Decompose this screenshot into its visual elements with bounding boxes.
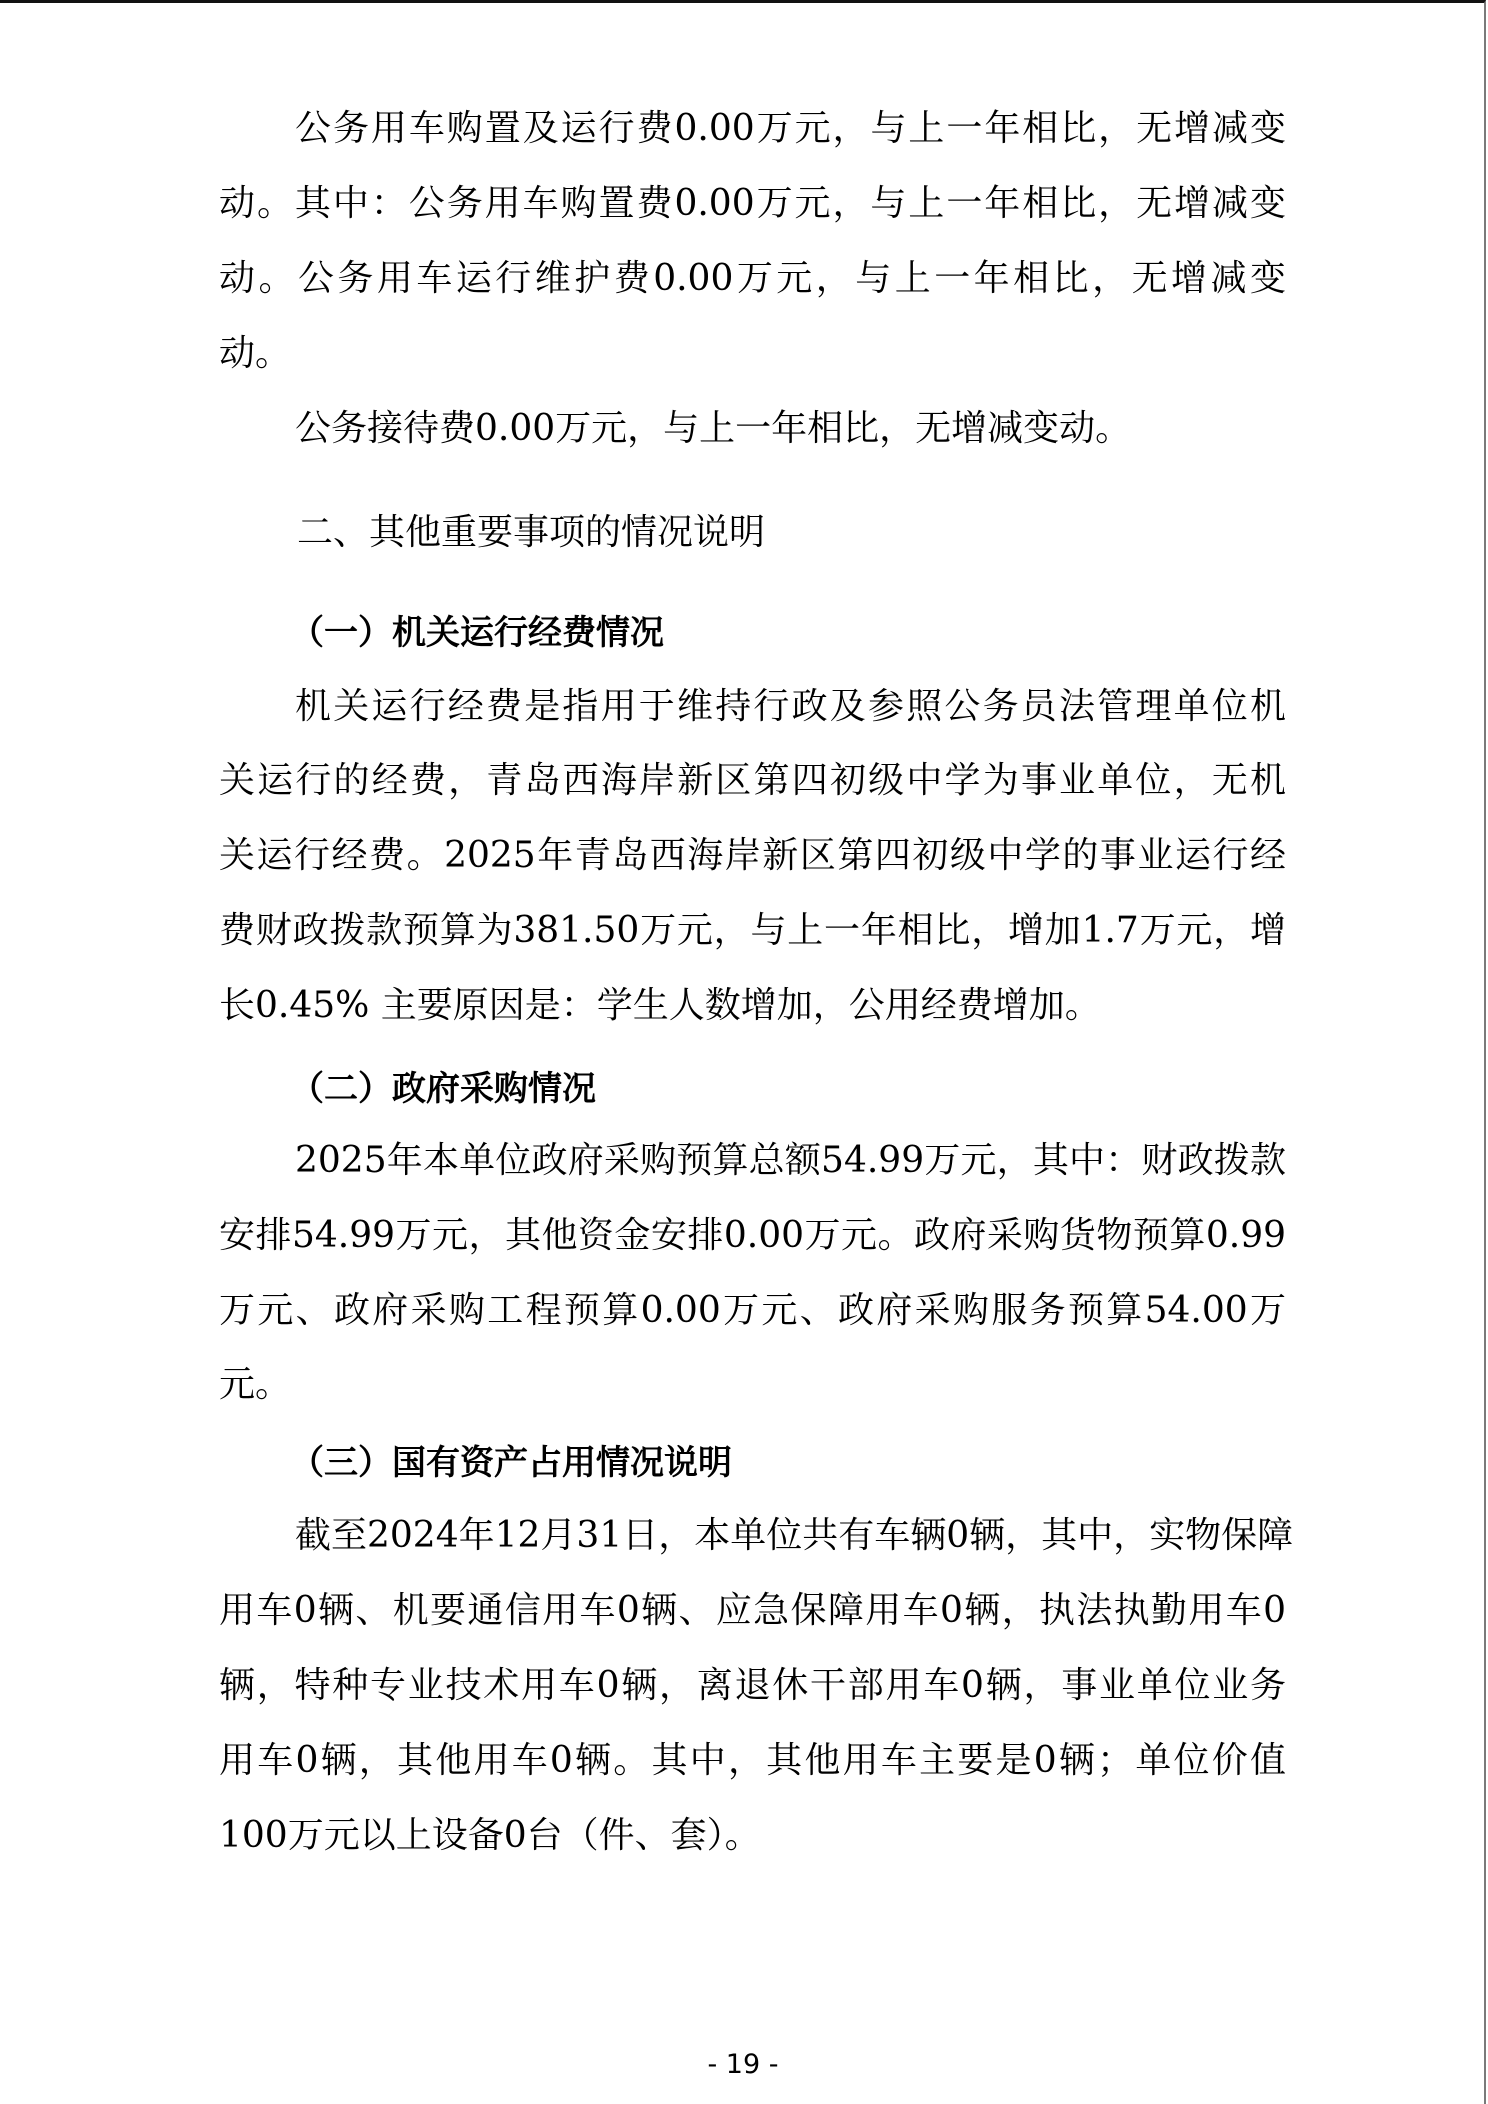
section-heading: 二、其他重要事项的情况说明: [297, 512, 765, 554]
paragraph-line: 2025年本单位政府采购预算总额54.99万元，其中：财政拨款: [295, 1141, 1286, 1181]
paragraph-line: 关运行经费。2025年青岛西海岸新区第四初级中学的事业运行经: [219, 836, 1286, 876]
paragraph-line: 动。: [219, 334, 1286, 374]
paragraph-line: 长0.45% 主要原因是：学生人数增加，公用经费增加。: [219, 986, 1286, 1026]
paragraph-line: 元。: [219, 1365, 1286, 1405]
paragraph-line: 费财政拨款预算为381.50万元，与上一年相比，增加1.7万元，增: [219, 911, 1286, 951]
paragraph-line: 机关运行经费是指用于维持行政及参照公务员法管理单位机: [295, 687, 1286, 727]
subsection-heading: （一）机关运行经费情况: [290, 612, 664, 654]
document-page: 公务用车购置及运行费0.00万元，与上一年相比，无增减变 动。其中：公务用车购置…: [0, 0, 1486, 2104]
subsection-heading: （二）政府采购情况: [290, 1068, 596, 1110]
paragraph-line: 100万元以上设备0台（件、套）。: [219, 1816, 1286, 1856]
paragraph-line: 辆，特种专业技术用车0辆，离退休干部用车0辆，事业单位业务: [219, 1666, 1286, 1706]
subsection-heading: （三）国有资产占用情况说明: [290, 1442, 732, 1484]
paragraph-line: 截至2024年12月31日，本单位共有车辆0辆，其中，实物保障: [295, 1516, 1286, 1556]
paragraph-line: 万元、政府采购工程预算0.00万元、政府采购服务预算54.00万: [219, 1291, 1286, 1331]
paragraph-line: 用车0辆、机要通信用车0辆、应急保障用车0辆，执法执勤用车0: [219, 1591, 1286, 1631]
paragraph-line: 关运行的经费，青岛西海岸新区第四初级中学为事业单位，无机: [219, 761, 1286, 801]
paragraph-line: 公务接待费0.00万元，与上一年相比，无增减变动。: [295, 409, 1286, 449]
paragraph-line: 动。其中：公务用车购置费0.00万元，与上一年相比，无增减变: [219, 184, 1286, 224]
paragraph-line: 动。公务用车运行维护费0.00万元，与上一年相比，无增减变: [219, 259, 1286, 299]
page-number: - 19 -: [0, 2049, 1486, 2080]
paragraph-line: 用车0辆，其他用车0辆。其中，其他用车主要是0辆；单位价值: [219, 1741, 1286, 1781]
paragraph-line: 安排54.99万元，其他资金安排0.00万元。政府采购货物预算0.99: [219, 1216, 1286, 1256]
paragraph-line: 公务用车购置及运行费0.00万元，与上一年相比，无增减变: [295, 109, 1286, 149]
